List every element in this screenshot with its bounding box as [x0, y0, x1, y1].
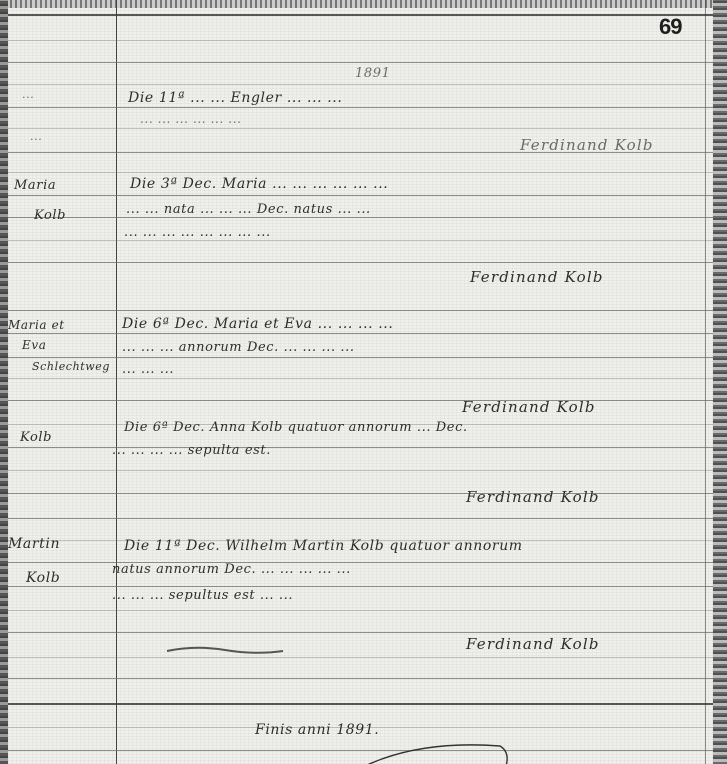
right-margin-line [705, 0, 706, 764]
entry-line: ... ... ... [122, 362, 174, 377]
entry-line: ... ... ... annorum Dec. ... ... ... ... [122, 340, 355, 355]
ruled-line [8, 493, 713, 494]
priest-signature: Ferdinand Kolb [520, 136, 654, 154]
entry-line: Die 3ª Dec. Maria ... ... ... ... ... ..… [130, 176, 388, 192]
margin-name-line: ... [22, 88, 34, 101]
ruled-line [8, 107, 713, 108]
ruled-line [8, 195, 713, 196]
entry-line: ... ... ... sepultus est ... ... [112, 588, 293, 603]
ruled-line [8, 378, 713, 379]
ruled-line [8, 310, 713, 311]
entry-line: ... ... ... ... sepulta est. [112, 443, 271, 458]
priest-signature: Ferdinand Kolb [470, 268, 604, 286]
ruled-line [8, 217, 713, 218]
ruled-line [8, 14, 713, 16]
entry-line: Die 11ª ... ... Engler ... ... ... [128, 90, 342, 106]
scan-top-edge [0, 0, 727, 8]
priest-signature: Ferdinand Kolb [462, 398, 596, 416]
ruled-line [8, 400, 713, 401]
ruled-line [8, 610, 713, 611]
margin-name-line: Maria et [8, 318, 65, 332]
ruled-line [8, 172, 713, 173]
page-number: 69 [659, 14, 681, 40]
ruled-line [8, 40, 713, 41]
margin-name-line: Kolb [20, 430, 52, 445]
ruled-line [8, 262, 713, 263]
margin-name-line: Maria [14, 178, 56, 193]
closing-note: Finis anni 1891. [255, 722, 379, 738]
ruled-line [8, 586, 713, 587]
entry-line: Die 6ª Dec. Anna Kolb quatuor annorum ..… [124, 420, 468, 435]
ruled-line [8, 657, 713, 658]
margin-name-line: Eva [22, 338, 47, 352]
stamp-outline-icon [360, 738, 510, 764]
scan-left-edge [0, 0, 8, 764]
document-page: 69 1891 ... ... Die 11ª ... ... Engler .… [0, 0, 727, 764]
ink-flourish-icon [165, 645, 285, 657]
entry-line: ... ... ... ... ... ... [140, 112, 242, 126]
ruled-line [8, 333, 713, 334]
ruled-line [8, 128, 713, 129]
margin-name-line: ... [30, 130, 42, 143]
ruled-line [8, 240, 713, 241]
ruled-line [8, 357, 713, 358]
margin-name-line: Kolb [34, 208, 66, 223]
entry-line: Die 6ª Dec. Maria et Eva ... ... ... ... [122, 316, 393, 332]
margin-name-line: Kolb [26, 570, 60, 586]
margin-name-line: Schlechtweg [32, 360, 110, 373]
entry-line: natus annorum Dec. ... ... ... ... ... [112, 562, 351, 577]
entry-line: Die 11ª Dec. Wilhelm Martin Kolb quatuor… [124, 538, 523, 554]
ruled-line [8, 62, 713, 63]
ruled-line [8, 678, 713, 679]
margin-name-line: Martin [8, 536, 60, 552]
entry-line: ... ... ... ... ... ... ... ... [124, 225, 271, 240]
ruled-line [8, 632, 713, 633]
ruled-line [8, 84, 713, 85]
entry-line: ... ... nata ... ... ... Dec. natus ... … [126, 202, 371, 217]
ruled-line [8, 518, 713, 519]
priest-signature: Ferdinand Kolb [466, 488, 600, 506]
ruled-line [8, 470, 713, 471]
ruled-line [8, 703, 713, 705]
priest-signature: Ferdinand Kolb [466, 635, 600, 653]
year-header: 1891 [355, 66, 390, 81]
margin-column-divider [116, 0, 117, 764]
scan-right-edge [713, 0, 727, 764]
